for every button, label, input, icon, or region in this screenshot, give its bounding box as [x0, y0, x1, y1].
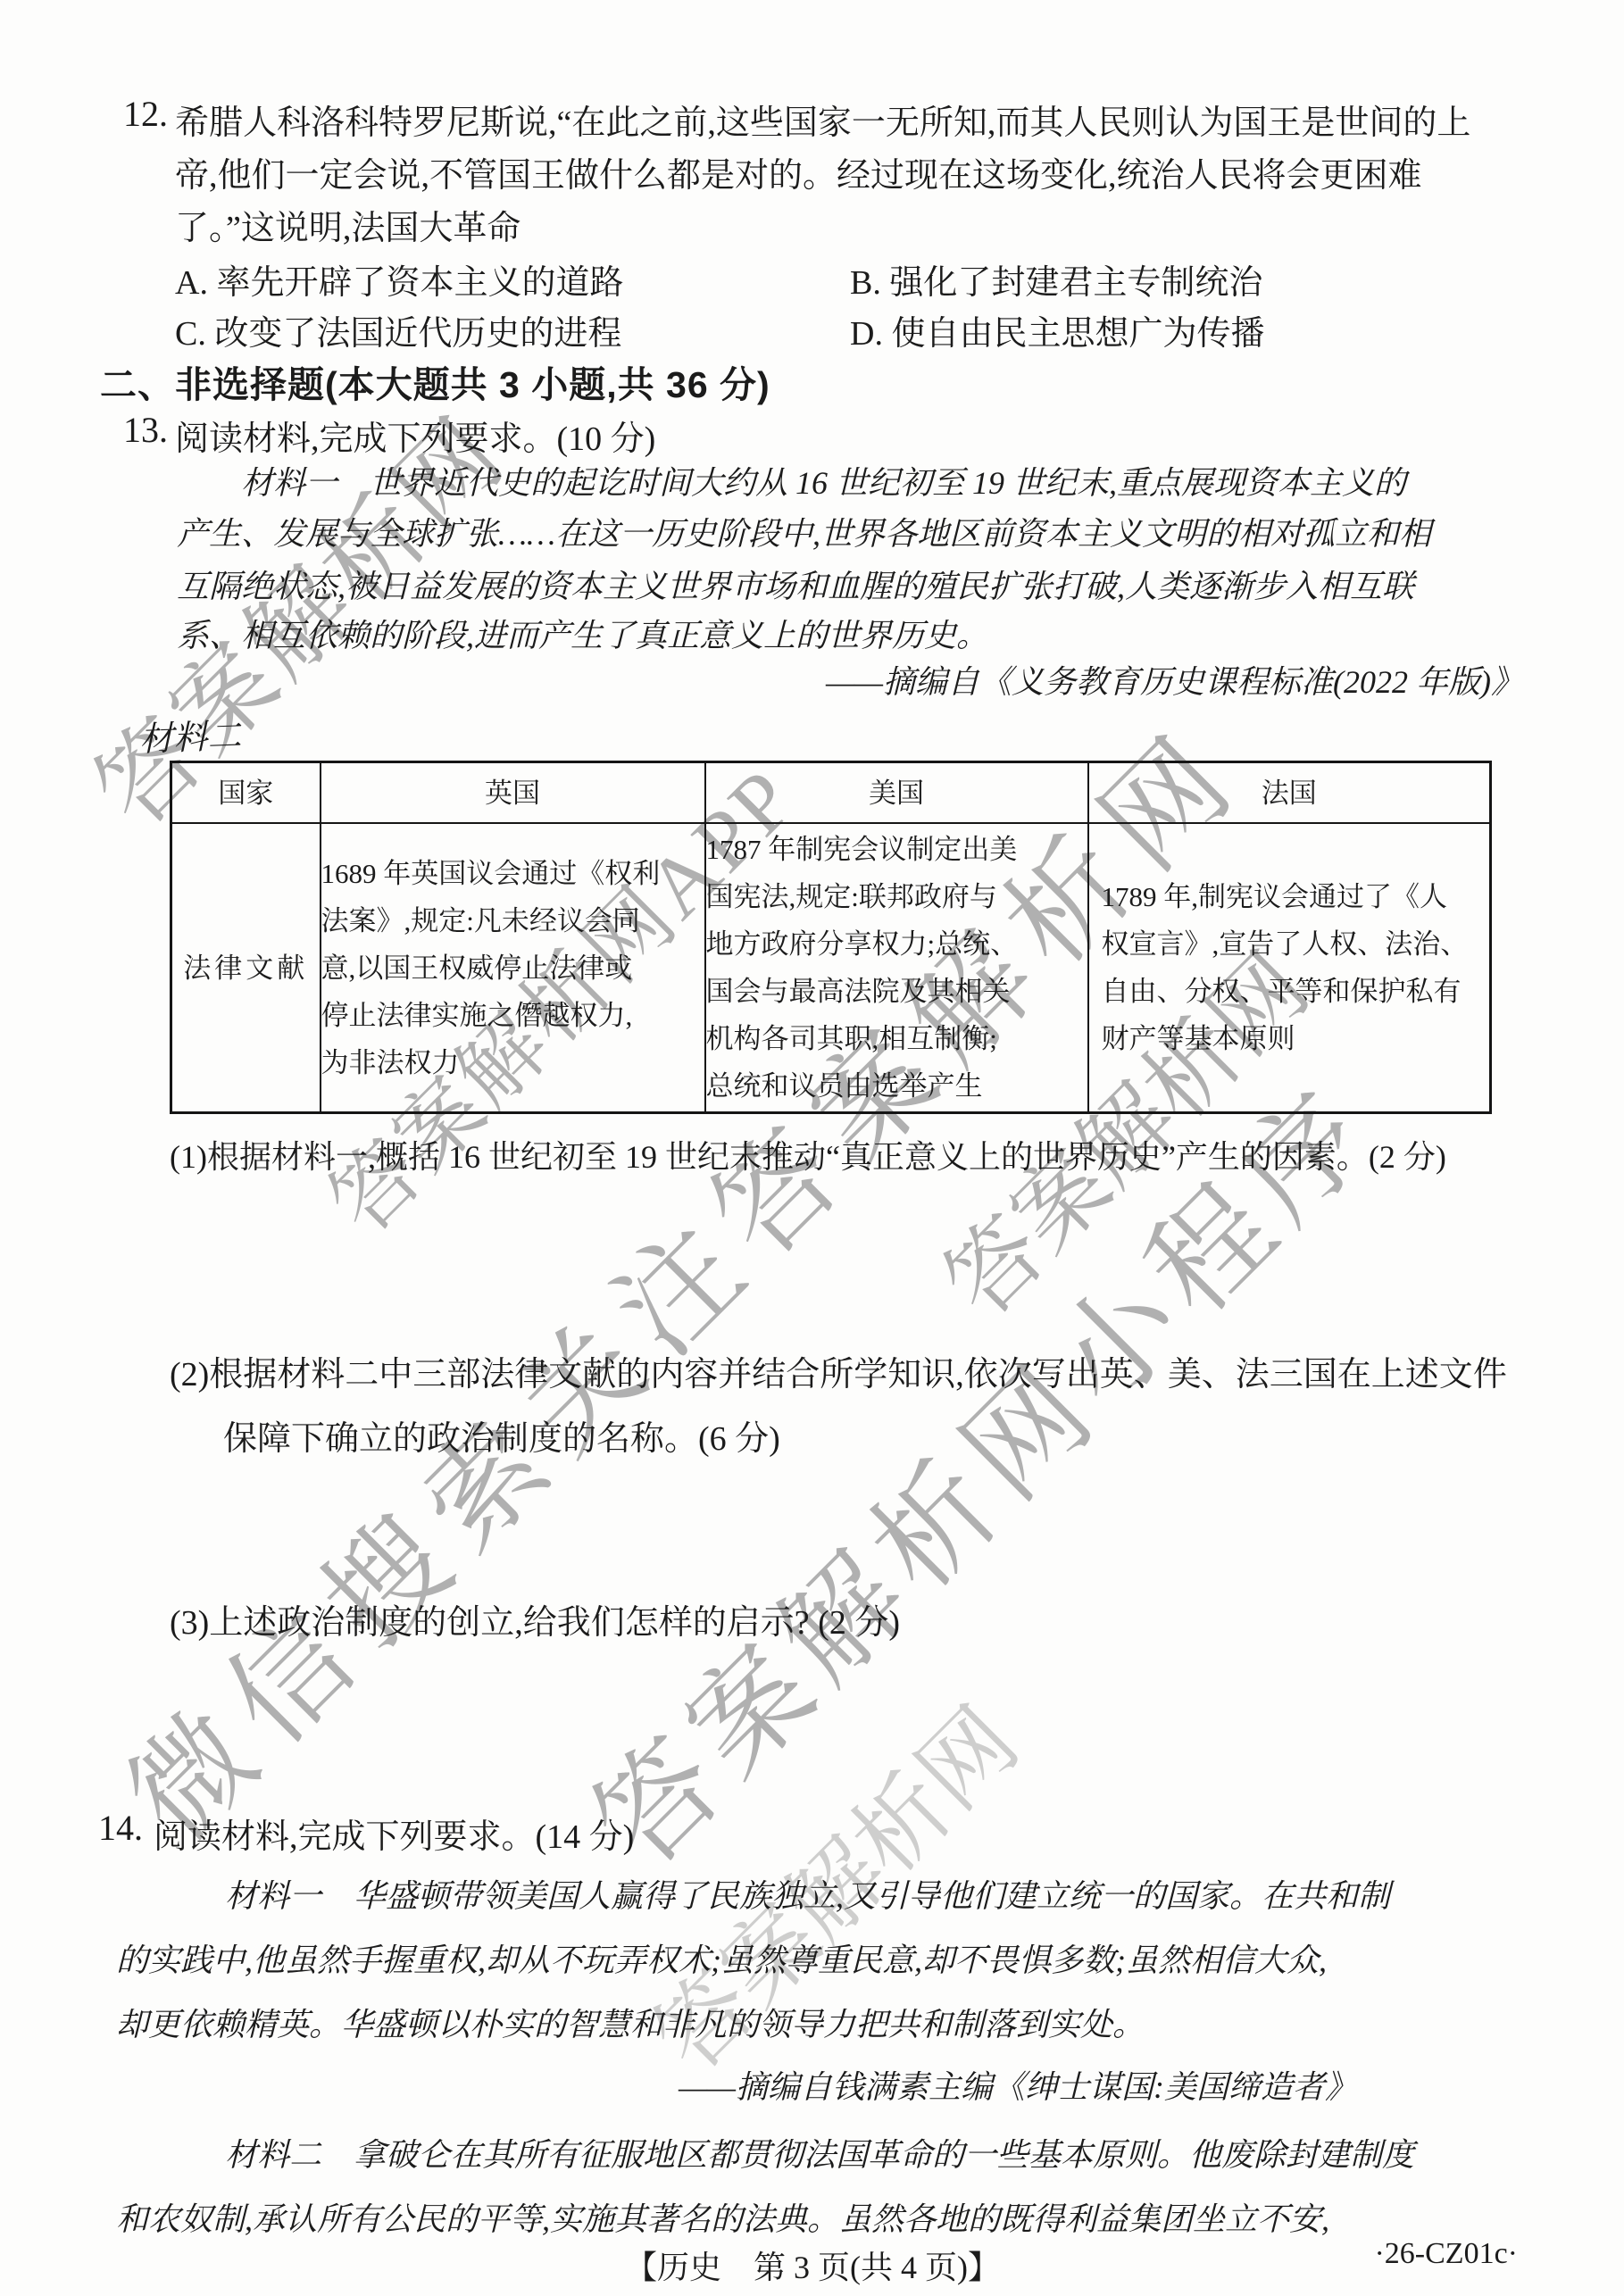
- header-country: 国家: [171, 762, 321, 824]
- table-body-row: 法律文献 1689 年英国议会通过《权利 法案》,规定:凡未经议会同 意,以国王…: [171, 823, 1491, 1113]
- q14-material1-line2: 的实践中,他虽然手握重权,却从不玩弄权术;虽然尊重民意,却不畏惧多数;虽然相信大…: [116, 1935, 1327, 1981]
- q14-material1-line1: 材料一 华盛顿带领美国人赢得了民族独立,又引导他们建立统一的国家。在共和制: [225, 1871, 1390, 1917]
- q14-material2-line1: 材料二 拿破仑在其所有征服地区都贯彻法国革命的一些基本原则。他废除封建制度: [225, 2130, 1414, 2175]
- header-britain: 英国: [321, 762, 705, 824]
- option-a: A. 率先开辟了资本主义的道路: [175, 254, 623, 304]
- cell-britain-line: 1689 年英国议会通过《权利: [321, 850, 704, 897]
- cell-usa-line: 机构各司其职,相互制衡;: [706, 1015, 1087, 1062]
- q13-material1-line1: 材料一 世界近代史的起讫时间大约从 16 世纪初至 19 世纪末,重点展现资本主…: [241, 458, 1406, 503]
- table-header-row: 国家 英国 美国 法国: [171, 762, 1491, 824]
- row-label-legal-documents: 法律文献: [171, 823, 321, 1113]
- q13-material1-source: ——摘编自《义务教育历史课程标准(2022 年版)》: [625, 657, 1523, 703]
- q13-subquestion-2-line1: (2)根据材料二中三部法律文献的内容并结合所学知识,依次写出英、美、法三国在上述…: [170, 1346, 1507, 1395]
- cell-britain-line: 意,以国王权威停止法律或: [321, 944, 704, 992]
- q13-material1-line3: 互隔绝状态,被日益发展的资本主义世界市场和血腥的殖民扩张打破,人类逐渐步入相互联: [177, 562, 1414, 607]
- question-12-line1: 希腊人科洛科特罗尼斯说,“在此之前,这些国家一无所知,而其人民则认为国王是世间的…: [175, 95, 1470, 144]
- cell-britain-line: 法案》,规定:凡未经议会同: [321, 897, 704, 944]
- question-12-line3: 了。”这说明,法国大革命: [175, 200, 521, 249]
- cell-usa-line: 地方政府分享权力;总统、: [706, 920, 1087, 968]
- cell-britain-line: 停止法律实施之僭越权力,: [321, 992, 704, 1039]
- q13-subquestion-1: (1)根据材料一,概括 16 世纪初至 19 世纪末推动“真正意义上的世界历史”…: [170, 1132, 1446, 1177]
- question-12-number: 12.: [123, 93, 168, 135]
- q14-material1-line3: 却更依赖精英。华盛顿以朴实的智慧和非凡的领导力把共和制落到实处。: [116, 2000, 1145, 2045]
- cell-france: 1789 年,制宪议会通过了《人 权宣言》,宣告了人权、法治、 自由、分权、平等…: [1088, 823, 1491, 1113]
- q13-subquestion-3: (3)上述政治制度的创立,给我们怎样的启示? (2 分): [170, 1594, 900, 1643]
- q13-material1-line2: 产生、发展与全球扩张……在这一历史阶段中,世界各地区前资本主义文明的相对孤立和相: [177, 509, 1431, 554]
- legal-documents-table: 国家 英国 美国 法国 法律文献 1689 年英国议会通过《权利 法案》,规定:…: [170, 761, 1492, 1114]
- option-d: D. 使自由民主思想广为传播: [850, 305, 1264, 354]
- section-2-header: 二、非选择题(本大题共 3 小题,共 36 分): [100, 355, 770, 408]
- cell-france-line: 财产等基本原则: [1102, 1015, 1490, 1062]
- question-14-title: 阅读材料,完成下列要求。(14 分): [154, 1809, 634, 1858]
- q14-material2-line2: 和农奴制,承认所有公民的平等,实施其著名的法典。虽然各地的既得利益集团坐立不安,: [116, 2194, 1329, 2240]
- cell-france-line: 自由、分权、平等和保护私有: [1102, 968, 1490, 1015]
- q13-material2-label: 材料二: [138, 708, 242, 761]
- question-13-title: 阅读材料,完成下列要求。(10 分): [175, 411, 655, 460]
- question-14-number: 14.: [98, 1807, 143, 1849]
- cell-usa-line: 1787 年制宪会议制定出美: [706, 826, 1087, 873]
- header-usa: 美国: [705, 762, 1088, 824]
- cell-usa-line: 国宪法,规定:联邦政府与: [706, 873, 1087, 920]
- cell-britain: 1689 年英国议会通过《权利 法案》,规定:凡未经议会同 意,以国王权威停止法…: [321, 823, 705, 1113]
- exam-page-scan: 答案解析网 答案解析网APP 微信搜索关注答案解析网 答案解析网小程序 答案解析…: [0, 0, 1624, 2296]
- option-b: B. 强化了封建君主专制统治: [850, 254, 1262, 304]
- question-12-line2: 帝,他们一定会说,不管国王做什么都是对的。经过现在这场变化,统治人民将会更困难: [175, 147, 1422, 196]
- footer-paper-code: ·26-CZ01c·: [1250, 2237, 1518, 2271]
- cell-usa: 1787 年制宪会议制定出美 国宪法,规定:联邦政府与 地方政府分享权力;总统、…: [705, 823, 1088, 1113]
- q14-material1-source: ——摘编自钱满素主编《绅士谋国:美国缔造者》: [464, 2062, 1357, 2108]
- q13-material1-line4: 系、相互依赖的阶段,进而产生了真正意义上的世界历史。: [177, 611, 988, 656]
- question-13-number: 13.: [123, 409, 168, 451]
- cell-france-line: 权宣言》,宣告了人权、法治、: [1102, 920, 1490, 968]
- q13-subquestion-2-line2: 保障下确立的政治制度的名称。(6 分): [223, 1410, 780, 1460]
- header-france: 法国: [1088, 762, 1491, 824]
- cell-usa-line: 国会与最高法院及其相关: [706, 968, 1087, 1015]
- option-c: C. 改变了法国近代历史的进程: [175, 305, 621, 354]
- cell-britain-line: 为非法权力: [321, 1039, 704, 1086]
- cell-usa-line: 总统和议员由选举产生: [706, 1062, 1087, 1110]
- cell-france-line: 1789 年,制宪议会通过了《人: [1102, 873, 1490, 920]
